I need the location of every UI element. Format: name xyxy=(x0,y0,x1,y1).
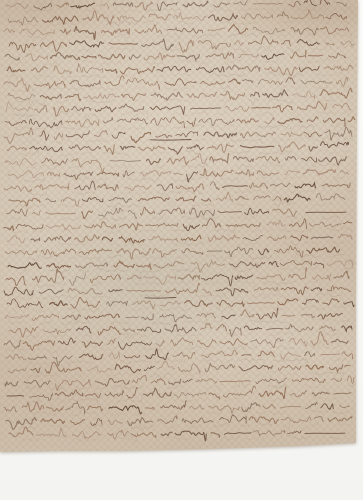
handwriting-word xyxy=(128,210,136,218)
handwriting-word xyxy=(132,375,146,382)
handwriting-word xyxy=(289,1,301,7)
bleedthrough-stroke xyxy=(121,111,147,117)
handwriting-word xyxy=(202,274,233,286)
bleedthrough-stroke xyxy=(223,21,255,24)
handwriting-word xyxy=(141,207,155,215)
bleedthrough-stroke xyxy=(135,282,163,285)
handwriting-word xyxy=(9,327,38,337)
handwriting-word xyxy=(5,120,27,125)
bleedthrough-stroke xyxy=(144,348,162,351)
bleedthrough-stroke xyxy=(336,46,354,49)
bleedthrough-stroke xyxy=(24,178,44,182)
handwriting-word xyxy=(257,171,279,176)
handwriting-word xyxy=(6,354,26,359)
handwriting-word xyxy=(165,79,196,86)
bleedthrough-stroke xyxy=(9,217,20,220)
handwriting-word xyxy=(127,290,161,291)
handwriting-word xyxy=(169,379,181,385)
bleedthrough-stroke xyxy=(13,307,45,313)
bleedthrough-stroke xyxy=(50,387,65,390)
bleedthrough-stroke xyxy=(225,59,242,64)
bleedthrough-stroke xyxy=(159,307,191,311)
handwriting-word xyxy=(200,81,225,85)
bleedthrough-stroke xyxy=(65,307,99,312)
handwriting-word xyxy=(241,310,254,317)
bleedthrough-stroke xyxy=(271,398,283,401)
bleedthrough-stroke xyxy=(314,203,333,206)
handwriting-word xyxy=(95,378,129,386)
handwriting-word xyxy=(256,156,280,163)
bleedthrough-stroke xyxy=(40,218,51,220)
handwriting-word xyxy=(348,376,355,384)
handwriting-word xyxy=(56,380,91,391)
handwriting-word xyxy=(178,364,200,373)
handwriting-word xyxy=(91,275,121,283)
handwriting-word xyxy=(283,315,295,316)
bleedthrough-stroke xyxy=(317,72,342,76)
handwriting-word xyxy=(34,81,65,88)
handwriting-word xyxy=(149,14,171,20)
bleedthrough-stroke xyxy=(107,48,134,52)
letter-paper-shadow xyxy=(0,0,358,453)
bleedthrough-stroke xyxy=(88,425,103,428)
bleedthrough-stroke xyxy=(330,241,345,243)
handwriting-word xyxy=(84,94,119,99)
handwriting-word xyxy=(157,184,173,191)
handwriting-word xyxy=(312,392,329,396)
handwriting-word xyxy=(339,234,353,239)
scanned-letter-page xyxy=(0,0,363,500)
handwriting-word xyxy=(117,118,147,124)
bleedthrough-stroke xyxy=(235,242,260,246)
handwriting-word xyxy=(75,235,99,242)
handwriting-word xyxy=(35,105,47,112)
handwriting-word xyxy=(224,433,251,435)
handwriting-word xyxy=(209,393,220,399)
handwriting-word xyxy=(82,56,96,58)
handwriting-word xyxy=(286,157,296,161)
handwriting-word xyxy=(278,118,302,123)
handwriting-word xyxy=(208,14,237,21)
handwriting-word xyxy=(4,186,32,192)
handwriting-word xyxy=(258,79,283,84)
bleedthrough-stroke xyxy=(111,322,130,325)
handwriting-word xyxy=(7,396,24,397)
bleedthrough-stroke xyxy=(334,33,352,39)
handwriting-word xyxy=(142,314,154,320)
handwriting-word xyxy=(263,404,276,408)
bleedthrough-stroke xyxy=(92,282,101,285)
bleedthrough-stroke xyxy=(312,372,344,375)
handwriting-word xyxy=(217,300,244,306)
handwriting-word xyxy=(176,196,196,201)
handwriting-word xyxy=(322,183,350,188)
handwriting-word xyxy=(126,317,138,318)
handwriting-word xyxy=(288,431,302,434)
bleedthrough-stroke xyxy=(156,165,164,168)
bleedthrough-stroke xyxy=(101,61,121,64)
bleedthrough-stroke xyxy=(219,100,234,103)
bleedthrough-stroke xyxy=(49,398,66,403)
handwriting-word xyxy=(154,262,184,269)
bleedthrough-stroke xyxy=(277,175,305,180)
handwriting-word xyxy=(70,80,100,86)
bleedthrough-stroke xyxy=(249,255,271,259)
handwriting-word xyxy=(135,25,162,33)
handwriting-word xyxy=(324,118,346,126)
handwriting-word xyxy=(233,156,253,161)
handwriting-svg xyxy=(0,0,358,453)
handwriting-word xyxy=(249,417,278,424)
handwriting-word xyxy=(34,3,52,10)
bleedthrough-stroke xyxy=(28,255,52,261)
bleedthrough-stroke xyxy=(213,229,235,234)
bleedthrough-stroke xyxy=(76,49,93,53)
bleedthrough-stroke xyxy=(234,189,269,193)
handwriting-word xyxy=(230,262,265,268)
handwriting-word xyxy=(146,349,169,360)
handwriting-word xyxy=(140,170,170,176)
bleedthrough-stroke xyxy=(84,8,98,13)
handwriting-word xyxy=(114,261,135,268)
handwriting-word xyxy=(190,108,220,109)
handwriting-word xyxy=(119,104,144,111)
bleedthrough-stroke xyxy=(134,87,145,90)
bleedthrough-stroke xyxy=(304,384,321,387)
bleedthrough-stroke xyxy=(236,164,252,169)
handwriting-word xyxy=(117,16,145,22)
handwriting-word xyxy=(220,91,244,99)
handwriting-word xyxy=(123,171,134,177)
bleedthrough-stroke xyxy=(27,386,41,390)
bleedthrough-stroke xyxy=(238,8,273,14)
handwriting-word xyxy=(257,275,285,281)
handwriting-word xyxy=(284,194,310,202)
handwriting-word xyxy=(5,159,36,166)
bleedthrough-stroke xyxy=(298,125,314,128)
handwriting-word xyxy=(156,341,164,346)
bleedthrough-stroke xyxy=(86,139,109,142)
handwriting-word xyxy=(85,393,100,397)
bleedthrough-stroke xyxy=(18,100,45,106)
bleedthrough-stroke xyxy=(342,109,351,113)
handwriting-word xyxy=(299,66,319,71)
bleedthrough-stroke xyxy=(229,33,257,37)
bleedthrough-stroke xyxy=(252,294,286,300)
handwriting-word xyxy=(69,41,103,47)
bleedthrough-stroke xyxy=(315,397,339,400)
bleedthrough-stroke xyxy=(107,162,131,168)
handwriting-word xyxy=(295,183,316,188)
handwriting-word xyxy=(302,299,318,304)
handwriting-word xyxy=(65,94,80,100)
bleedthrough-stroke xyxy=(224,397,240,401)
bleedthrough-stroke xyxy=(227,344,257,349)
handwriting-word xyxy=(41,41,67,51)
handwriting-word xyxy=(239,54,259,58)
bleedthrough-stroke xyxy=(333,176,344,182)
handwriting-word xyxy=(71,3,95,8)
handwriting-word xyxy=(44,236,71,242)
handwriting-word xyxy=(197,313,215,318)
handwriting-word xyxy=(334,393,351,394)
handwriting-word xyxy=(196,379,217,383)
handwriting-word xyxy=(216,192,232,201)
bleedthrough-stroke xyxy=(344,6,353,13)
bleedthrough-stroke xyxy=(158,33,181,39)
handwriting-word xyxy=(109,43,138,44)
bleedthrough-stroke xyxy=(61,76,75,80)
handwriting-word xyxy=(196,67,224,73)
bleedthrough-stroke xyxy=(304,242,318,244)
handwriting-word xyxy=(127,387,138,398)
bleedthrough-stroke xyxy=(257,177,268,179)
handwriting-word xyxy=(197,340,216,347)
handwriting-word xyxy=(328,417,352,422)
handwriting-word xyxy=(50,53,79,60)
handwriting-word xyxy=(332,379,342,382)
bleedthrough-stroke xyxy=(186,151,197,154)
handwriting-word xyxy=(292,378,325,382)
handwriting-word xyxy=(345,365,350,366)
handwriting-word xyxy=(117,248,151,259)
handwriting-word xyxy=(202,350,237,357)
handwriting-word xyxy=(187,118,196,126)
handwriting-word xyxy=(72,106,92,111)
handwriting-word xyxy=(137,327,160,333)
handwriting-word xyxy=(242,403,260,412)
handwriting-word xyxy=(46,362,82,373)
handwriting-word xyxy=(315,416,324,421)
bleedthrough-stroke xyxy=(55,124,89,129)
bleedthrough-stroke xyxy=(34,282,66,287)
handwriting-word xyxy=(107,339,116,345)
handwriting-word xyxy=(95,131,108,137)
handwriting-word xyxy=(202,219,220,228)
handwriting-word xyxy=(7,235,25,243)
handwriting-word xyxy=(40,94,61,99)
handwriting-word xyxy=(4,340,21,348)
handwriting-word xyxy=(334,271,349,279)
bleedthrough-stroke xyxy=(144,20,158,25)
handwriting-word xyxy=(8,93,35,99)
bleedthrough-stroke xyxy=(177,60,210,64)
handwriting-word xyxy=(311,237,332,239)
handwriting-word xyxy=(183,1,208,7)
underline-stroke xyxy=(145,298,176,299)
bleedthrough-stroke xyxy=(7,74,17,77)
bleedthrough-stroke xyxy=(152,321,177,325)
handwriting-word xyxy=(158,362,175,370)
handwriting-word xyxy=(182,418,213,424)
handwriting-word xyxy=(207,144,233,153)
handwriting-word xyxy=(321,27,349,34)
bleedthrough-stroke xyxy=(50,19,84,26)
handwriting-word xyxy=(253,3,282,4)
handwriting-word xyxy=(342,326,352,331)
handwriting-word xyxy=(91,418,103,425)
handwriting-word xyxy=(309,55,323,56)
handwriting-word xyxy=(304,0,316,6)
bleedthrough-stroke xyxy=(114,126,145,130)
handwriting-word xyxy=(41,419,65,424)
handwriting-word xyxy=(291,235,308,241)
bleedthrough-stroke xyxy=(31,412,55,416)
bleedthrough-stroke xyxy=(257,45,272,51)
bleedthrough-stroke xyxy=(201,360,232,364)
bleedthrough-stroke xyxy=(271,371,298,376)
handwriting-word xyxy=(331,339,348,343)
handwriting-word xyxy=(42,158,68,165)
bleedthrough-stroke xyxy=(273,346,294,349)
handwriting-word xyxy=(178,275,199,280)
handwriting-word xyxy=(275,246,304,258)
bleedthrough-stroke xyxy=(280,21,295,23)
bleedthrough-stroke xyxy=(113,385,143,389)
bleedthrough-stroke xyxy=(106,372,142,376)
bleedthrough-stroke xyxy=(77,386,105,389)
handwriting-word xyxy=(4,226,14,230)
bleedthrough-stroke xyxy=(299,133,332,140)
handwriting-word xyxy=(85,314,120,319)
bleedthrough-stroke xyxy=(323,333,340,335)
handwriting-word xyxy=(47,263,71,268)
bleedthrough-stroke xyxy=(234,203,244,205)
handwriting-word xyxy=(200,169,233,177)
bleedthrough-stroke xyxy=(222,436,239,440)
bleedthrough-stroke xyxy=(251,320,287,323)
handwriting-word xyxy=(95,106,116,111)
handwriting-word xyxy=(185,301,213,307)
handwriting-word xyxy=(23,402,44,412)
handwriting-word xyxy=(289,338,307,346)
bleedthrough-stroke xyxy=(258,306,286,311)
bleedthrough-stroke xyxy=(335,358,347,361)
handwriting-word xyxy=(58,338,75,345)
handwriting-word xyxy=(342,352,353,359)
handwriting-word xyxy=(281,132,302,136)
bleedthrough-stroke xyxy=(8,322,26,325)
handwriting-word xyxy=(100,3,108,9)
handwriting-word xyxy=(267,220,286,226)
handwriting-word xyxy=(119,237,145,243)
bleedthrough-stroke xyxy=(88,86,123,91)
bleedthrough-stroke xyxy=(281,424,290,428)
letter-paper xyxy=(0,0,358,453)
bleedthrough-stroke xyxy=(135,100,144,103)
handwriting-word xyxy=(132,301,155,309)
bleedthrough-stroke xyxy=(16,296,32,300)
handwriting-word xyxy=(208,28,225,31)
bleedthrough-stroke xyxy=(287,46,300,53)
handwriting-word xyxy=(190,208,215,217)
bleedthrough-stroke xyxy=(330,437,340,439)
bleedthrough-stroke xyxy=(56,111,81,117)
handwriting-word xyxy=(7,146,26,151)
handwriting-word xyxy=(144,366,154,370)
handwriting-word xyxy=(43,329,71,335)
bleedthrough-stroke xyxy=(59,152,93,158)
bleedthrough-stroke xyxy=(263,281,297,285)
handwriting-word xyxy=(213,3,229,8)
handwriting-word xyxy=(187,172,198,182)
handwriting-word xyxy=(239,365,273,371)
bleedthrough-stroke xyxy=(232,268,251,272)
bleedthrough-stroke xyxy=(187,425,202,428)
bleedthrough-stroke xyxy=(68,361,93,365)
handwriting-word xyxy=(115,364,140,372)
bleedthrough-stroke xyxy=(114,34,128,38)
handwriting-word xyxy=(28,356,46,360)
bleedthrough-stroke xyxy=(152,215,168,219)
handwriting-word xyxy=(323,299,339,305)
handwriting-word xyxy=(258,249,269,255)
handwriting-word xyxy=(124,355,140,358)
handwriting-word xyxy=(46,406,63,411)
handwriting-word xyxy=(289,219,307,229)
bleedthrough-stroke xyxy=(40,322,50,325)
bleedthrough-stroke xyxy=(192,33,221,38)
bleedthrough-stroke xyxy=(122,333,146,339)
handwriting-word xyxy=(30,146,63,151)
bleedthrough-stroke xyxy=(58,204,83,207)
handwriting-word xyxy=(79,249,112,255)
handwriting-word xyxy=(105,76,124,86)
handwriting-word xyxy=(167,28,203,33)
handwriting-word xyxy=(241,132,276,138)
bleedthrough-stroke xyxy=(45,62,61,65)
bleedthrough-stroke xyxy=(174,398,210,402)
handwriting-word xyxy=(4,29,15,33)
handwriting-word xyxy=(340,405,349,408)
bleedthrough-stroke xyxy=(330,254,344,257)
bleedthrough-stroke xyxy=(26,34,48,40)
handwriting-word xyxy=(248,303,275,304)
bleedthrough-stroke xyxy=(154,359,186,363)
bleedthrough-stroke xyxy=(90,99,114,102)
handwriting-word xyxy=(43,16,78,24)
handwriting-word xyxy=(98,208,123,217)
handwriting-word xyxy=(4,287,33,295)
bleedthrough-stroke xyxy=(213,74,245,77)
bleedthrough-stroke xyxy=(285,216,297,218)
bleedthrough-stroke xyxy=(258,112,273,115)
handwriting-word xyxy=(236,170,254,176)
handwriting-word xyxy=(20,29,55,35)
bleedthrough-stroke xyxy=(234,381,249,388)
handwriting-word xyxy=(167,157,189,165)
bleedthrough-stroke xyxy=(68,165,79,168)
bleedthrough-stroke xyxy=(75,374,85,377)
handwriting-word xyxy=(278,299,298,305)
handwriting-word xyxy=(69,145,101,150)
handwriting-word xyxy=(125,185,151,191)
handwriting-word xyxy=(245,208,269,214)
handwriting-word xyxy=(251,92,260,97)
handwriting-word xyxy=(68,288,102,294)
bleedthrough-stroke xyxy=(167,425,179,428)
bleedthrough-stroke xyxy=(42,295,77,301)
bleedthrough-stroke xyxy=(63,229,71,233)
handwriting-word xyxy=(168,147,182,154)
handwriting-word xyxy=(321,354,339,355)
handwriting-word xyxy=(109,352,119,359)
bleedthrough-stroke xyxy=(317,112,337,115)
handwriting-word xyxy=(126,78,159,90)
handwriting-word xyxy=(237,119,258,123)
bleedthrough-stroke xyxy=(69,255,99,262)
bleedthrough-stroke xyxy=(282,241,298,245)
